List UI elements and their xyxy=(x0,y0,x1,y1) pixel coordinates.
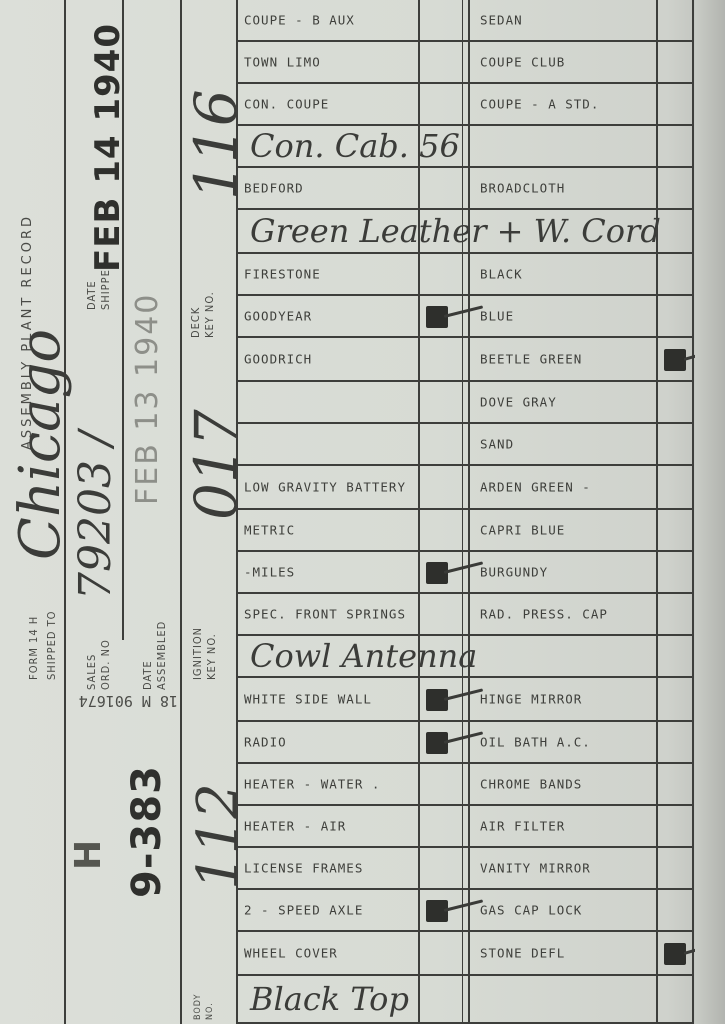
option-right-label: GAS CAP LOCK xyxy=(480,903,582,918)
ignition-key-label-2: KEY NO. xyxy=(206,633,218,680)
option-right-label: BLUE xyxy=(480,309,514,324)
check-mark-right[interactable] xyxy=(664,349,686,371)
deck-key-label-1: DECK xyxy=(190,307,202,338)
option-row: GOODYEARBLUE xyxy=(236,296,694,338)
form-number: FORM 14 H xyxy=(28,616,40,680)
option-left-label: SPEC. FRONT SPRINGS xyxy=(244,607,406,622)
check-stroke xyxy=(444,688,484,701)
body-no-label-2: NO. xyxy=(204,1002,216,1020)
option-right-label: BROADCLOTH xyxy=(480,181,565,196)
body-no-label-1: BODY xyxy=(192,994,204,1020)
option-row: LOW GRAVITY BATTERYARDEN GREEN - xyxy=(236,466,694,510)
option-left-label: WHITE SIDE WALL xyxy=(244,692,372,707)
assembly-plant-record-card: ASSEMBLY PLANT RECORD FORM 14 H SHIPPED … xyxy=(0,0,725,1024)
option-left-label: COUPE - B AUX xyxy=(244,13,355,28)
option-row: RADIOOIL BATH A.C. xyxy=(236,722,694,764)
sales-ord-value: 79203 / xyxy=(70,431,121,600)
option-left-label: TOWN LIMO xyxy=(244,55,321,70)
option-right-label: BURGUNDY xyxy=(480,565,548,580)
sales-ord-label-2: ORD. NO xyxy=(100,639,112,690)
option-row: BEDFORDBROADCLOTH xyxy=(236,168,694,210)
option-right-label: COUPE - A STD. xyxy=(480,97,599,112)
option-right-label: SAND xyxy=(480,437,514,452)
car-number-prefix: H xyxy=(68,839,109,870)
check-mark-right[interactable] xyxy=(664,943,686,965)
option-row: CON. COUPECOUPE - A STD. xyxy=(236,84,694,126)
serial-number: 18 M 901674 xyxy=(78,692,178,710)
check-stroke xyxy=(444,899,484,912)
option-left-label: CON. COUPE xyxy=(244,97,329,112)
option-right-label: ARDEN GREEN - xyxy=(480,480,591,495)
handwritten-note: Black Top xyxy=(250,980,409,1018)
handwritten-note: Green Leather + W. Cord xyxy=(250,212,661,250)
option-right-label: CHROME BANDS xyxy=(480,777,582,792)
option-row: DOVE GRAY xyxy=(236,382,694,424)
option-left-label: HEATER - WATER . xyxy=(244,777,380,792)
option-left-label: GOODRICH xyxy=(244,352,312,367)
sales-ord-label-1: SALES xyxy=(86,654,98,690)
option-right-label: COUPE CLUB xyxy=(480,55,565,70)
option-row: -MILESBURGUNDY xyxy=(236,552,694,594)
shipped-to-value: Chicago xyxy=(8,329,73,560)
handwritten-row: Green Leather + W. Cord xyxy=(236,210,694,254)
handwritten-row: Con. Cab. 56 xyxy=(236,126,694,168)
options-grid: COUPE - B AUXSEDANTOWN LIMOCOUPE CLUBCON… xyxy=(236,0,694,1024)
option-right-label: HINGE MIRROR xyxy=(480,692,582,707)
option-row: COUPE - B AUXSEDAN xyxy=(236,0,694,42)
option-right-label: AIR FILTER xyxy=(480,819,565,834)
option-left-label: -MILES xyxy=(244,565,295,580)
deck-key-label-2: KEY NO. xyxy=(204,291,216,338)
car-number-value: 9-383 xyxy=(124,765,170,898)
option-right-label: OIL BATH A.C. xyxy=(480,735,591,750)
date-assembled-label-2: ASSEMBLED xyxy=(156,621,168,690)
option-row: SPEC. FRONT SPRINGSRAD. PRESS. CAP xyxy=(236,594,694,636)
option-left-label: LOW GRAVITY BATTERY xyxy=(244,480,406,495)
option-left-label: FIRESTONE xyxy=(244,267,321,282)
option-right-label: DOVE GRAY xyxy=(480,395,557,410)
check-stroke xyxy=(444,731,484,744)
option-left-label: BEDFORD xyxy=(244,181,304,196)
check-stroke xyxy=(444,561,484,574)
option-left-label: WHEEL COVER xyxy=(244,946,338,961)
option-row: GOODRICHBEETLE GREEN xyxy=(236,338,694,382)
option-row: METRICCAPRI BLUE xyxy=(236,510,694,552)
option-row: HEATER - WATER .CHROME BANDS xyxy=(236,764,694,806)
handwritten-row: Black Top xyxy=(236,976,694,1024)
option-right-label: SEDAN xyxy=(480,13,523,28)
option-row: WHEEL COVERSTONE DEFL xyxy=(236,932,694,976)
option-row: 2 - SPEED AXLEGAS CAP LOCK xyxy=(236,890,694,932)
option-left-label: GOODYEAR xyxy=(244,309,312,324)
handwritten-row: Cowl Antenna xyxy=(236,636,694,678)
option-row: TOWN LIMOCOUPE CLUB xyxy=(236,42,694,84)
ignition-key-label-1: IGNITION xyxy=(192,627,204,680)
option-right-label: VANITY MIRROR xyxy=(480,861,591,876)
option-row: LICENSE FRAMESVANITY MIRROR xyxy=(236,848,694,890)
shipped-to-label: SHIPPED TO xyxy=(46,611,58,680)
option-right-label: BLACK xyxy=(480,267,523,282)
option-left-label: RADIO xyxy=(244,735,287,750)
handwritten-note: Con. Cab. 56 xyxy=(250,127,460,165)
card-edge-shadow xyxy=(695,0,725,1024)
date-shipped-label-1: DATE xyxy=(86,280,98,310)
date-assembled-value: FEB 13 1940 xyxy=(130,293,165,505)
option-left-label: METRIC xyxy=(244,523,295,538)
option-left-label: 2 - SPEED AXLE xyxy=(244,903,363,918)
option-row: FIRESTONEBLACK xyxy=(236,254,694,296)
option-row: HEATER - AIRAIR FILTER xyxy=(236,806,694,848)
option-right-label: RAD. PRESS. CAP xyxy=(480,607,608,622)
check-stroke xyxy=(444,305,484,318)
option-left-label: HEATER - AIR xyxy=(244,819,346,834)
option-right-label: STONE DEFL xyxy=(480,946,565,961)
option-right-label: BEETLE GREEN xyxy=(480,352,582,367)
date-shipped-value: FEB 14 1940 xyxy=(88,23,128,272)
option-right-label: CAPRI BLUE xyxy=(480,523,565,538)
option-row: WHITE SIDE WALLHINGE MIRROR xyxy=(236,678,694,722)
handwritten-note: Cowl Antenna xyxy=(250,637,477,675)
date-assembled-label-1: DATE xyxy=(142,660,154,690)
option-row: SAND xyxy=(236,424,694,466)
option-left-label: LICENSE FRAMES xyxy=(244,861,363,876)
